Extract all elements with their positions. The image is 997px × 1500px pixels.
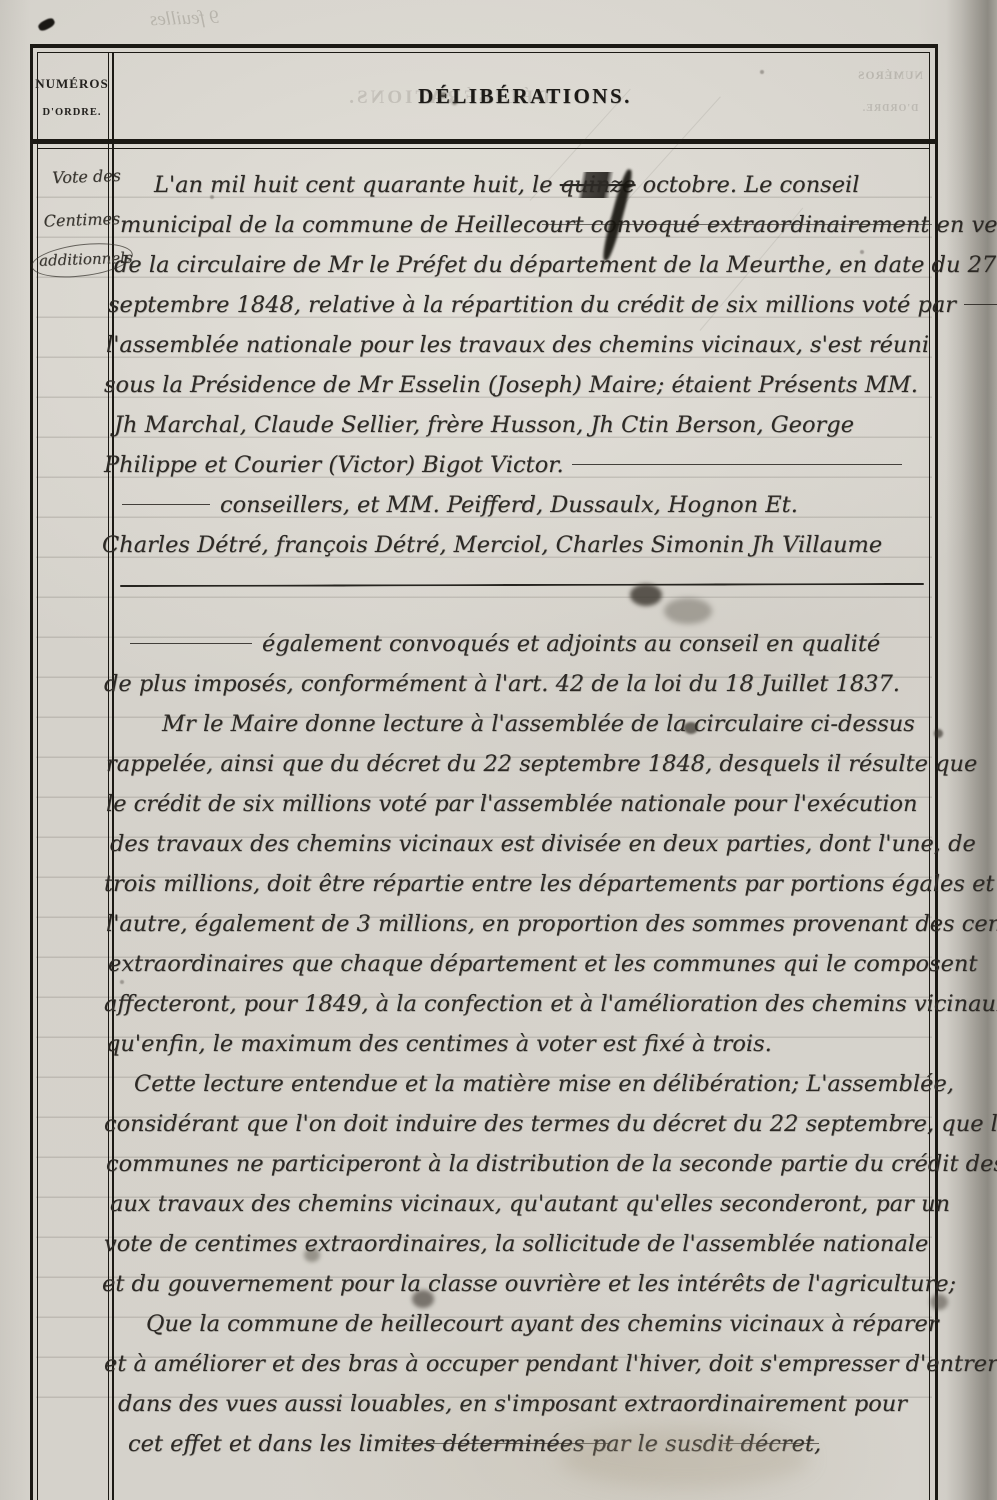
frame-top-rule-thin xyxy=(37,52,929,53)
manuscript-line: trois millions, doit être répartie entre… xyxy=(104,864,932,904)
frame-top-rule-thick xyxy=(30,44,937,48)
manuscript-line: rappelée, ainsi que du décret du 22 sept… xyxy=(106,744,932,784)
ink-dash xyxy=(130,643,252,644)
margin-note-line2: Centimes xyxy=(43,209,120,231)
crossed-out-word: quinze xyxy=(560,172,636,198)
manuscript-line: de plus imposés, conformément à l'art. 4… xyxy=(104,664,932,704)
manuscript-line: et du gouvernement pour la classe ouvriè… xyxy=(102,1264,932,1304)
ink-dash xyxy=(964,304,997,305)
manuscript-line: dans des vues aussi louables, en s'impos… xyxy=(118,1384,932,1424)
order-column-header-line1: NUMÉROS xyxy=(34,76,110,92)
manuscript-line: l'autre, également de 3 millions, en pro… xyxy=(106,904,932,944)
paper-speck xyxy=(900,1120,904,1124)
manuscript-line: extraordinaires que chaque département e… xyxy=(108,944,932,984)
manuscript-line: qu'enfin, le maximum des centimes à vote… xyxy=(106,1024,932,1064)
order-column-header-line2: D'ORDRE. xyxy=(34,107,110,118)
manuscript-line: des travaux des chemins vicinaux est div… xyxy=(110,824,932,864)
manuscript-line: vote de centimes extraordinaires, la sol… xyxy=(104,1224,932,1264)
manuscript-line: Mr le Maire donne lecture à l'assemblée … xyxy=(162,704,932,744)
handwritten-separator-rule xyxy=(120,584,932,624)
manuscript-line: Que la commune de heillecourt ayant des … xyxy=(146,1304,932,1344)
manuscript-line: Cette lecture entendue et la matière mis… xyxy=(134,1064,932,1104)
header-bottom-rule-thick xyxy=(30,139,937,144)
manuscript-line: le crédit de six millions voté par l'ass… xyxy=(106,784,932,824)
manuscript-line: Philippe et Courier (Victor) Bigot Victo… xyxy=(104,445,932,485)
manuscript-line: Charles Détré, françois Détré, Merciol, … xyxy=(102,525,932,565)
manuscript-line: considérant que l'on doit induire des te… xyxy=(104,1104,932,1144)
header-bottom-rule-thin xyxy=(37,148,929,149)
paper-speck xyxy=(120,980,124,984)
manuscript-line: l'assemblée nationale pour les travaux d… xyxy=(106,325,932,365)
paper-speck xyxy=(860,250,864,254)
manuscript-line: cet effet et dans les limites déterminée… xyxy=(128,1424,932,1464)
manuscript-line: également convoqués et adjoints au conse… xyxy=(128,624,932,664)
manuscript-line: affecteront, pour 1849, à la confection … xyxy=(104,984,932,1024)
paper-speck xyxy=(760,70,764,74)
manuscript-line: de la circulaire de Mr le Préfet du dépa… xyxy=(114,245,932,285)
manuscript-line: Jh Marchal, Claude Sellier, frère Husson… xyxy=(114,405,932,445)
ink-strike-mark xyxy=(401,1443,610,1444)
scanned-register-page: { "document": { "header": { "order_label… xyxy=(0,0,997,1500)
manuscript-line: aux travaux des chemins vicinaux, qu'aut… xyxy=(110,1184,932,1224)
manuscript-line: septembre 1848, relative à la répartitio… xyxy=(108,285,932,325)
paper-speck xyxy=(210,195,214,199)
manuscript-text-block: L'an mil huit cent quarante huit, le qui… xyxy=(120,165,932,1464)
ink-strike-mark xyxy=(542,224,932,225)
manuscript-line: municipal de la commune de Heillecourt c… xyxy=(120,205,932,245)
manuscript-line: communes ne participeront à la distribut… xyxy=(106,1144,932,1184)
ink-dash xyxy=(572,464,902,465)
manuscript-line: L'an mil huit cent quarante huit, le qui… xyxy=(154,165,932,205)
manuscript-line: conseillers, et MM. Peifferd, Dussaulx, … xyxy=(120,485,932,525)
ink-dash xyxy=(122,504,210,505)
margin-note-line1: Vote des xyxy=(52,166,121,187)
manuscript-line: et à améliorer et des bras à occuper pen… xyxy=(104,1344,932,1384)
ink-strike-mark xyxy=(723,1443,819,1444)
manuscript-line: sous la Présidence de Mr Esselin (Joseph… xyxy=(104,365,932,405)
page-title: DÉLIBÉRATIONS. xyxy=(120,84,930,109)
